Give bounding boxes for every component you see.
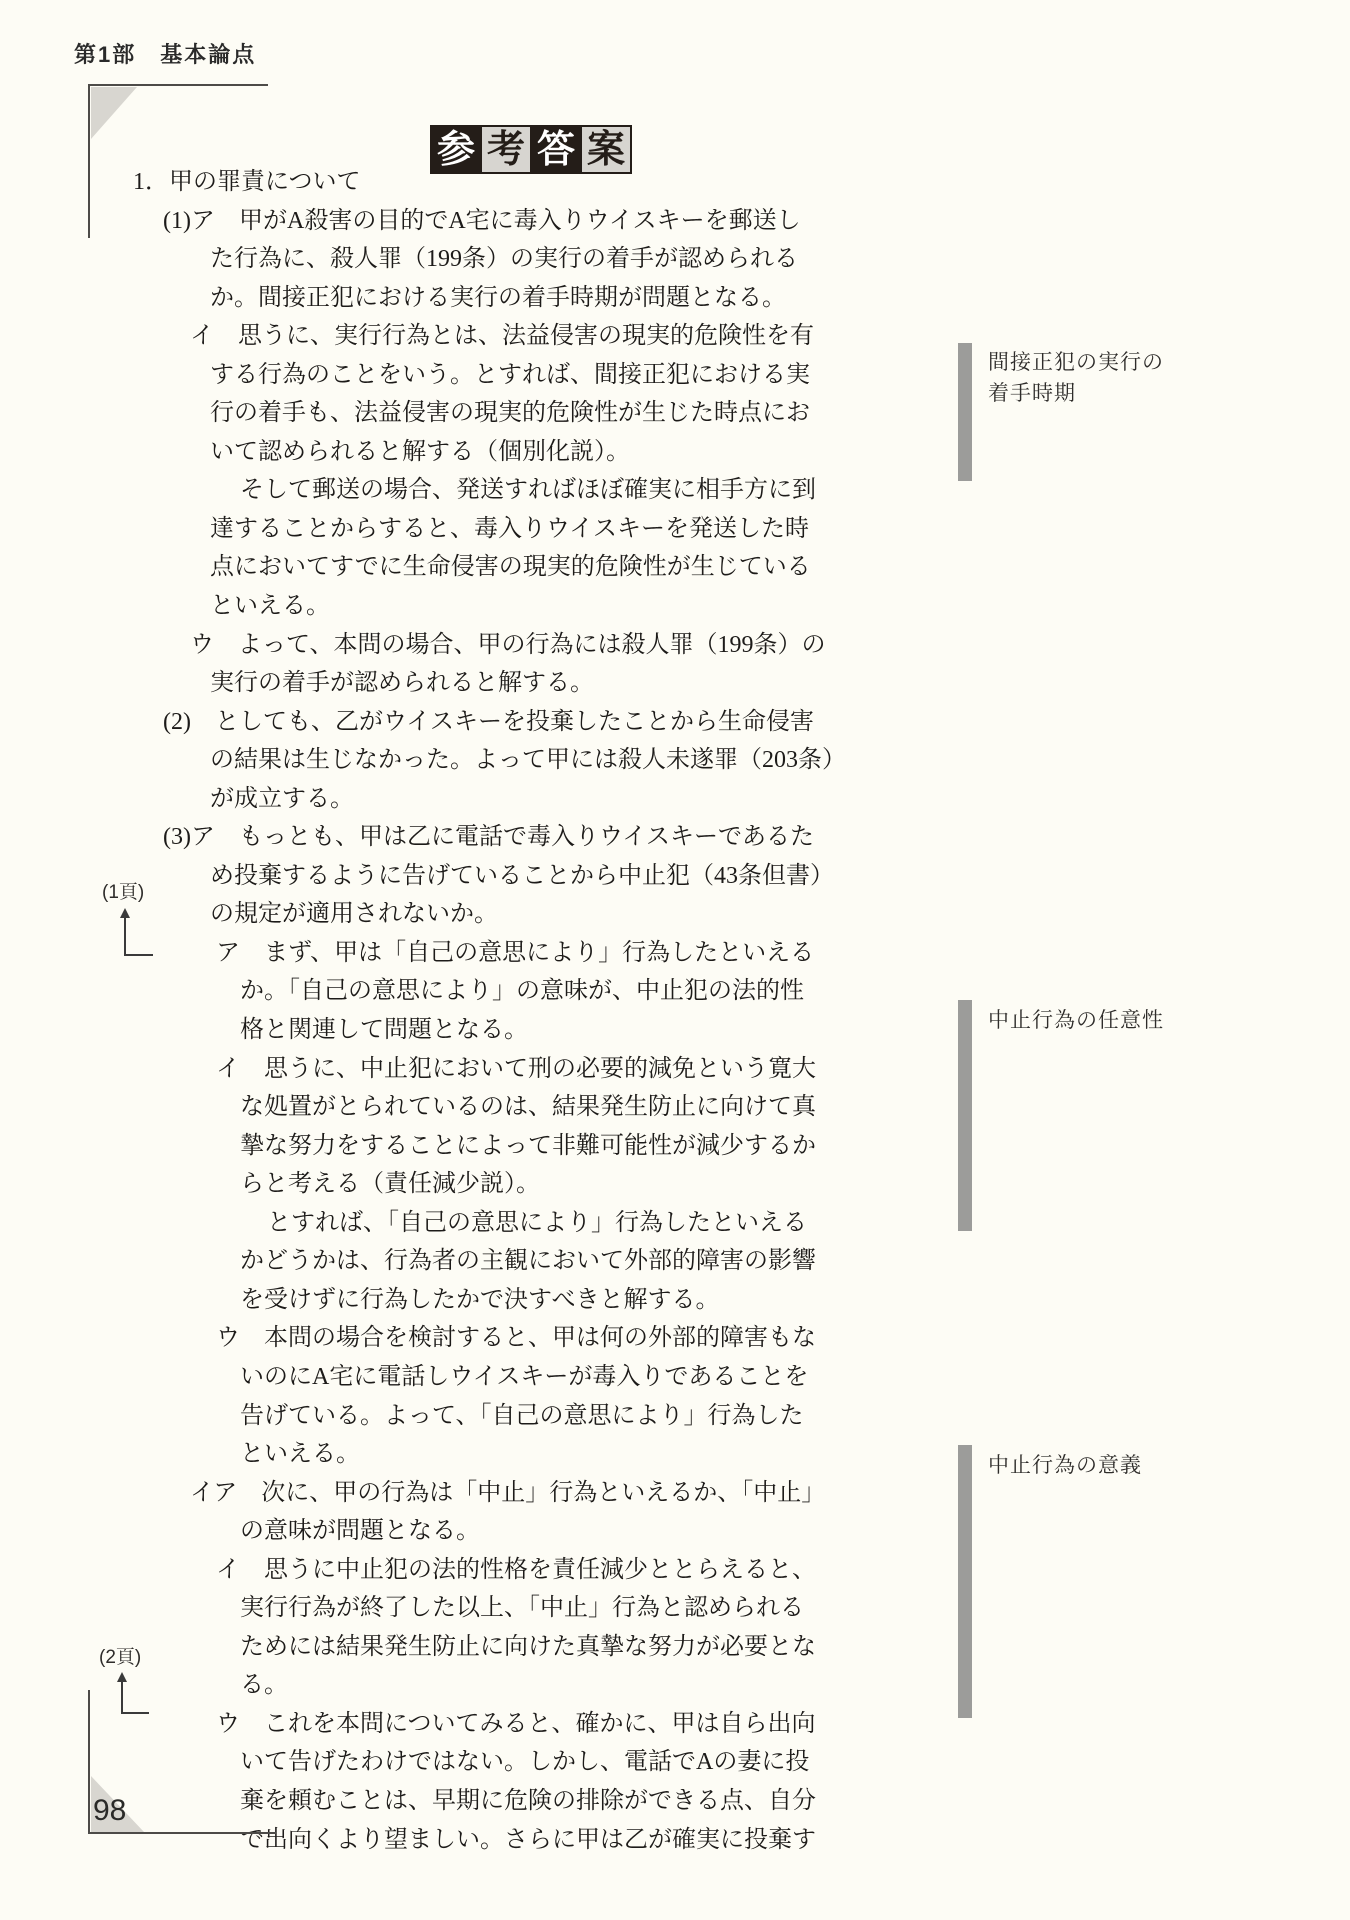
body-text-line: (1)ア 甲がA殺害の目的でA宅に毒入りウイスキーを郵送し	[0, 202, 920, 241]
body-text-line: イ 思うに中止犯の法的性格を責任減少ととらえると、	[0, 1551, 920, 1590]
body-text-line: ウ 本問の場合を検討すると、甲は何の外部的障害もな	[0, 1319, 920, 1358]
body-text-line: (2) としても、乙がウイスキーを投棄したことから生命侵害	[0, 703, 920, 742]
arrow-line-vertical	[124, 917, 126, 956]
margin-bar-2	[958, 1000, 972, 1231]
margin-note-line: 中止行為の任意性	[988, 1005, 1248, 1036]
body-text-line: イ 思うに、中止犯において刑の必要的減免という寛大	[0, 1050, 920, 1089]
header-rule-horizontal	[88, 84, 268, 86]
top-corner-triangle	[91, 87, 137, 139]
body-text-line: 1．甲の罪責について	[0, 163, 920, 202]
textbook-page: 第1部 基本論点 参 考 答 案 1．甲の罪責について(1)ア 甲がA殺害の目的…	[0, 0, 1350, 1920]
footer-rule-horizontal	[88, 1832, 276, 1834]
body-text-line: といえる。	[0, 587, 920, 626]
body-text-line: 点においてすでに生命侵害の現実的危険性が生じている	[0, 548, 920, 587]
body-text-line: いて認められると解する（個別化説）。	[0, 433, 920, 472]
body-text-line: か。間接正犯における実行の着手時期が問題となる。	[0, 279, 920, 318]
body-text-line: た行為に、殺人罪（199条）の実行の着手が認められる	[0, 240, 920, 279]
body-text-line: ウ よって、本問の場合、甲の行為には殺人罪（199条）の	[0, 626, 920, 665]
body-text-line: らと考える（責任減少説）。	[0, 1165, 920, 1204]
body-text-line: 告げている。よって、「自己の意思により」行為した	[0, 1397, 920, 1436]
margin-note-indirect-principal: 間接正犯の実行の 着手時期	[988, 347, 1248, 409]
body-text-line: 格と関連して問題となる。	[0, 1011, 920, 1050]
body-text-line: かどうかは、行為者の主観において外部的障害の影響	[0, 1242, 920, 1281]
body-text-line: イ 思うに、実行行為とは、法益侵害の現実的危険性を有	[0, 317, 920, 356]
body-text-line: が成立する。	[0, 780, 920, 819]
body-text-line: 行の着手も、法益侵害の現実的危険性が生じた時点にお	[0, 394, 920, 433]
body-text-line: イア 次に、甲の行為は「中止」行為といえるか、「中止」	[0, 1474, 920, 1513]
chapter-header: 第1部 基本論点	[74, 38, 256, 69]
margin-note-line: 中止行為の意義	[988, 1450, 1248, 1481]
page-marker-2: (2頁)	[99, 1642, 141, 1669]
body-text-line: る。	[0, 1666, 920, 1705]
body-text-line: な処置がとられているのは、結果発生防止に向けて真	[0, 1088, 920, 1127]
arrow-line-horizontal	[121, 1712, 149, 1714]
body-text-line: か。「自己の意思により」の意味が、中止犯の法的性	[0, 972, 920, 1011]
body-text-line: 実行の着手が認められると解する。	[0, 664, 920, 703]
arrow-line-horizontal	[124, 954, 153, 956]
body-text-line: (3)ア もっとも、甲は乙に電話で毒入りウイスキーであるた	[0, 818, 920, 857]
body-text-line: いのにA宅に電話しウイスキーが毒入りであることを	[0, 1358, 920, 1397]
body-text-line: の意味が問題となる。	[0, 1512, 920, 1551]
footer-rule-vertical	[88, 1690, 90, 1834]
page-marker-1: (1頁)	[102, 877, 144, 904]
body-text-line: 摯な努力をすることによって非難可能性が減少するか	[0, 1127, 920, 1166]
margin-bar-3	[958, 1445, 972, 1718]
body-text-line: そして郵送の場合、発送すればほぼ確実に相手方に到	[0, 471, 920, 510]
arrow-line-vertical	[121, 1681, 123, 1714]
body-text-line: の結果は生じなかった。よって甲には殺人未遂罪（203条）	[0, 741, 920, 780]
body-text-line: 達することからすると、毒入りウイスキーを発送した時	[0, 510, 920, 549]
body-text-line: を受けずに行為したかで決すべきと解する。	[0, 1281, 920, 1320]
margin-note-line: 着手時期	[988, 378, 1248, 409]
margin-note-line: 間接正犯の実行の	[988, 347, 1248, 378]
body-text-line: といえる。	[0, 1435, 920, 1474]
page-number: 98	[93, 1794, 126, 1828]
body-text-line: 実行行為が終了した以上、「中止」行為と認められる	[0, 1589, 920, 1628]
margin-bar-1	[958, 343, 972, 481]
margin-note-voluntariness: 中止行為の任意性	[988, 1005, 1248, 1036]
body-text-line: する行為のことをいう。とすれば、間接正犯における実	[0, 356, 920, 395]
answer-body-text: 1．甲の罪責について(1)ア 甲がA殺害の目的でA宅に毒入りウイスキーを郵送した…	[0, 163, 920, 1859]
body-text-line: とすれば、「自己の意思により」行為したといえる	[0, 1204, 920, 1243]
margin-note-meaning-of-abandonment: 中止行為の意義	[988, 1450, 1248, 1481]
body-text-line: ウ これを本問についてみると、確かに、甲は自ら出向	[0, 1705, 920, 1744]
